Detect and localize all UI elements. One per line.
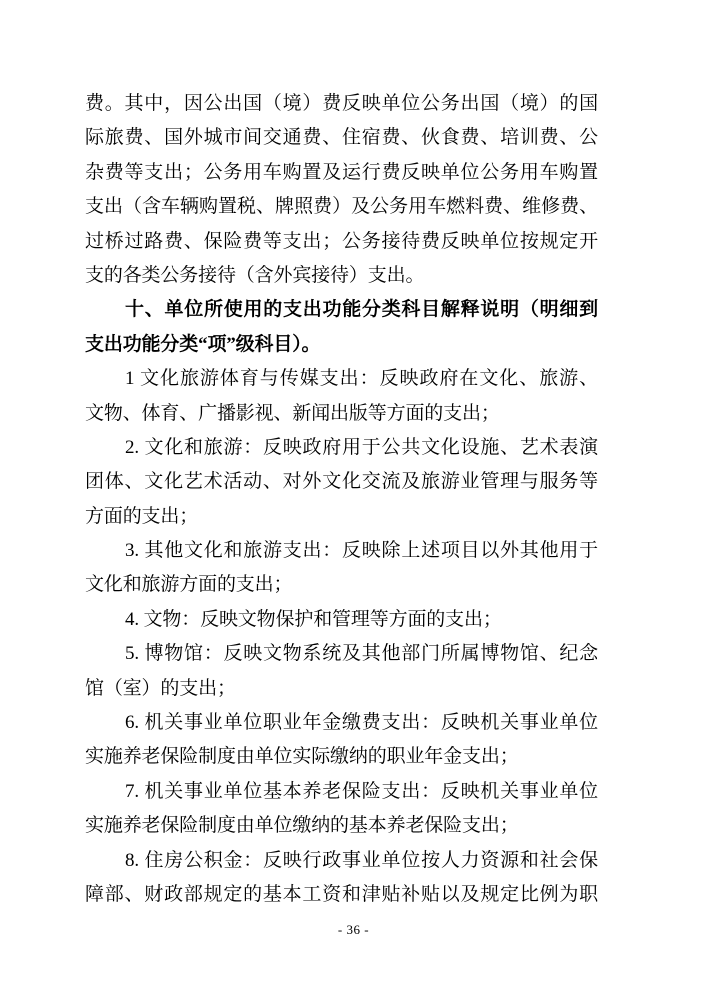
item-4: 4. 文物：反映文物保护和管理等方面的支出； <box>85 603 598 637</box>
text-line: 7. 机关事业单位基本养老保险支出：反映机关事业单位 <box>85 775 598 809</box>
text-line: 过桥过路费、保险费等支出；公务接待费反映单位按规定开 <box>85 225 598 259</box>
text-line: 十、单位所使用的支出功能分类科目解释说明（明细到 <box>85 293 598 327</box>
text-line: 际旅费、国外城市间交通费、住宿费、伙食费、培训费、公 <box>85 121 598 155</box>
text-line: 费。其中，因公出国（境）费反映单位公务出国（境）的国 <box>85 87 598 121</box>
document-body: 费。其中，因公出国（境）费反映单位公务出国（境）的国际旅费、国外城市间交通费、住… <box>85 87 598 912</box>
text-line: 支出（含车辆购置税、牌照费）及公务用车燃料费、维修费、 <box>85 190 598 224</box>
item-1: 1 文化旅游体育与传媒支出：反映政府在文化、旅游、文物、体育、广播影视、新闻出版… <box>85 362 598 431</box>
document-page: 费。其中，因公出国（境）费反映单位公务出国（境）的国际旅费、国外城市间交通费、住… <box>0 0 707 1000</box>
text-line: 文化和旅游方面的支出； <box>85 568 598 602</box>
text-line: 支出功能分类“项”级科目）。 <box>85 328 598 362</box>
text-line: 5. 博物馆：反映文物系统及其他部门所属博物馆、纪念 <box>85 637 598 671</box>
page-number: - 36 - <box>0 922 707 938</box>
text-line: 馆（室）的支出； <box>85 672 598 706</box>
item-8: 8. 住房公积金：反映行政事业单位按人力资源和社会保障部、财政部规定的基本工资和… <box>85 844 598 913</box>
para-continuation: 费。其中，因公出国（境）费反映单位公务出国（境）的国际旅费、国外城市间交通费、住… <box>85 87 598 293</box>
text-line: 3. 其他文化和旅游支出：反映除上述项目以外其他用于 <box>85 534 598 568</box>
text-line: 实施养老保险制度由单位缴纳的基本养老保险支出； <box>85 809 598 843</box>
text-line: 8. 住房公积金：反映行政事业单位按人力资源和社会保 <box>85 844 598 878</box>
text-line: 实施养老保险制度由单位实际缴纳的职业年金支出； <box>85 740 598 774</box>
text-line: 团体、文化艺术活动、对外文化交流及旅游业管理与服务等 <box>85 465 598 499</box>
text-line: 方面的支出； <box>85 500 598 534</box>
text-line: 文物、体育、广播影视、新闻出版等方面的支出； <box>85 397 598 431</box>
text-line: 障部、财政部规定的基本工资和津贴补贴以及规定比例为职 <box>85 878 598 912</box>
item-2: 2. 文化和旅游：反映政府用于公共文化设施、艺术表演团体、文化艺术活动、对外文化… <box>85 431 598 534</box>
text-line: 支的各类公务接待（含外宾接待）支出。 <box>85 259 598 293</box>
heading-section-ten: 十、单位所使用的支出功能分类科目解释说明（明细到支出功能分类“项”级科目）。 <box>85 293 598 362</box>
text-line: 2. 文化和旅游：反映政府用于公共文化设施、艺术表演 <box>85 431 598 465</box>
text-line: 6. 机关事业单位职业年金缴费支出：反映机关事业单位 <box>85 706 598 740</box>
item-3: 3. 其他文化和旅游支出：反映除上述项目以外其他用于文化和旅游方面的支出； <box>85 534 598 603</box>
text-line: 4. 文物：反映文物保护和管理等方面的支出； <box>85 603 598 637</box>
text-line: 1 文化旅游体育与传媒支出：反映政府在文化、旅游、 <box>85 362 598 396</box>
text-line: 杂费等支出；公务用车购置及运行费反映单位公务用车购置 <box>85 156 598 190</box>
item-7: 7. 机关事业单位基本养老保险支出：反映机关事业单位实施养老保险制度由单位缴纳的… <box>85 775 598 844</box>
item-5: 5. 博物馆：反映文物系统及其他部门所属博物馆、纪念馆（室）的支出； <box>85 637 598 706</box>
item-6: 6. 机关事业单位职业年金缴费支出：反映机关事业单位实施养老保险制度由单位实际缴… <box>85 706 598 775</box>
